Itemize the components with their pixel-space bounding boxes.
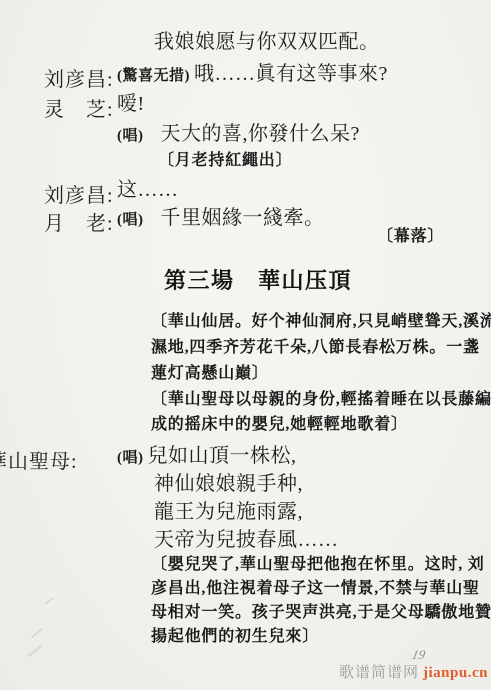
- speaker-name: 月 老:: [44, 207, 114, 236]
- stage-note-inline: (驚喜无措): [117, 68, 190, 84]
- sing-marker: (唱): [117, 212, 144, 228]
- dialogue-text: (唱)兒如山頂一株松,: [117, 445, 297, 469]
- speaker-name: 灵 芝:: [44, 93, 114, 122]
- stage-direction: 成的摇床中的嬰兒,她輕輕地歌着〕: [151, 416, 408, 434]
- sung-words: 千里姻緣一綫牽。: [161, 207, 325, 229]
- scanned-script-page: { "colors": { "ink": "#1f1f1f", "paper":…: [0, 0, 491, 690]
- stage-direction: 蓮灯高懸山巔〕: [151, 365, 269, 383]
- stage-direction: 〔月老持紅繩出〕: [158, 152, 292, 170]
- dialogue-text: 这……: [117, 179, 179, 201]
- stage-direction: 母相对一笑。孩子哭声洪亮,于是父母驕傲地贊: [151, 604, 491, 622]
- scene-heading: 第三場 華山压頂: [164, 264, 352, 295]
- dialogue-text: (唱)千里姻緣一綫牽。: [117, 207, 325, 231]
- speaker-name: 刘彦昌:: [44, 179, 114, 208]
- curtain-falls-direction: 〔幕落〕: [377, 228, 444, 246]
- sung-line-continuation: 神仙娘娘親手种,: [154, 473, 303, 495]
- paper-smudge: [26, 598, 62, 660]
- watermark: 歌谱简谱网 jianpu.cn: [339, 661, 488, 682]
- dialogue-text: (唱)天大的喜,你發什么呆?: [117, 123, 360, 147]
- stage-direction: 彦昌出,他注視着母子这一情景,不禁与華山聖: [151, 580, 480, 598]
- stage-direction: 〔嬰兒哭了,華山聖母把他抱在怀里。这时, 刘: [151, 556, 485, 574]
- watermark-site-url: jianpu.cn: [423, 665, 488, 681]
- dialogue-text: 嗳!: [117, 93, 145, 115]
- dialogue-text: (驚喜无措)哦……眞有这等事來?: [117, 63, 388, 87]
- sung-words: 天大的喜,你發什么呆?: [161, 123, 360, 145]
- sung-words: 兒如山頂一株松,: [148, 445, 297, 467]
- sung-line-continuation: 我娘娘愿与你双双匹配。: [154, 31, 380, 53]
- stage-direction: 濕地,四季齐芳花千朵,八節長春松万株。一盞: [151, 339, 480, 357]
- speaker-name: 華山聖母:: [0, 445, 78, 474]
- speaker-name: 刘彦昌:: [44, 63, 114, 92]
- sung-line-continuation: 龍王为兒施雨露,: [154, 501, 303, 523]
- stage-direction: 〔華山聖母以母親的身份,輕搖着睡在以長藤編: [151, 391, 491, 409]
- sung-line-continuation: 天帝为兒披春風……: [154, 529, 339, 551]
- sing-marker: (唱): [117, 128, 144, 144]
- stage-direction: 〔華山仙居。好个神仙洞府,只見峭壁聳天,溪流: [151, 313, 491, 331]
- stage-direction: 揚起他們的初生兒來〕: [151, 628, 319, 646]
- dialogue-words: 哦……眞有这等事來?: [194, 63, 388, 85]
- sing-marker: (唱): [117, 450, 144, 466]
- watermark-site-name: 歌谱简谱网: [339, 665, 419, 681]
